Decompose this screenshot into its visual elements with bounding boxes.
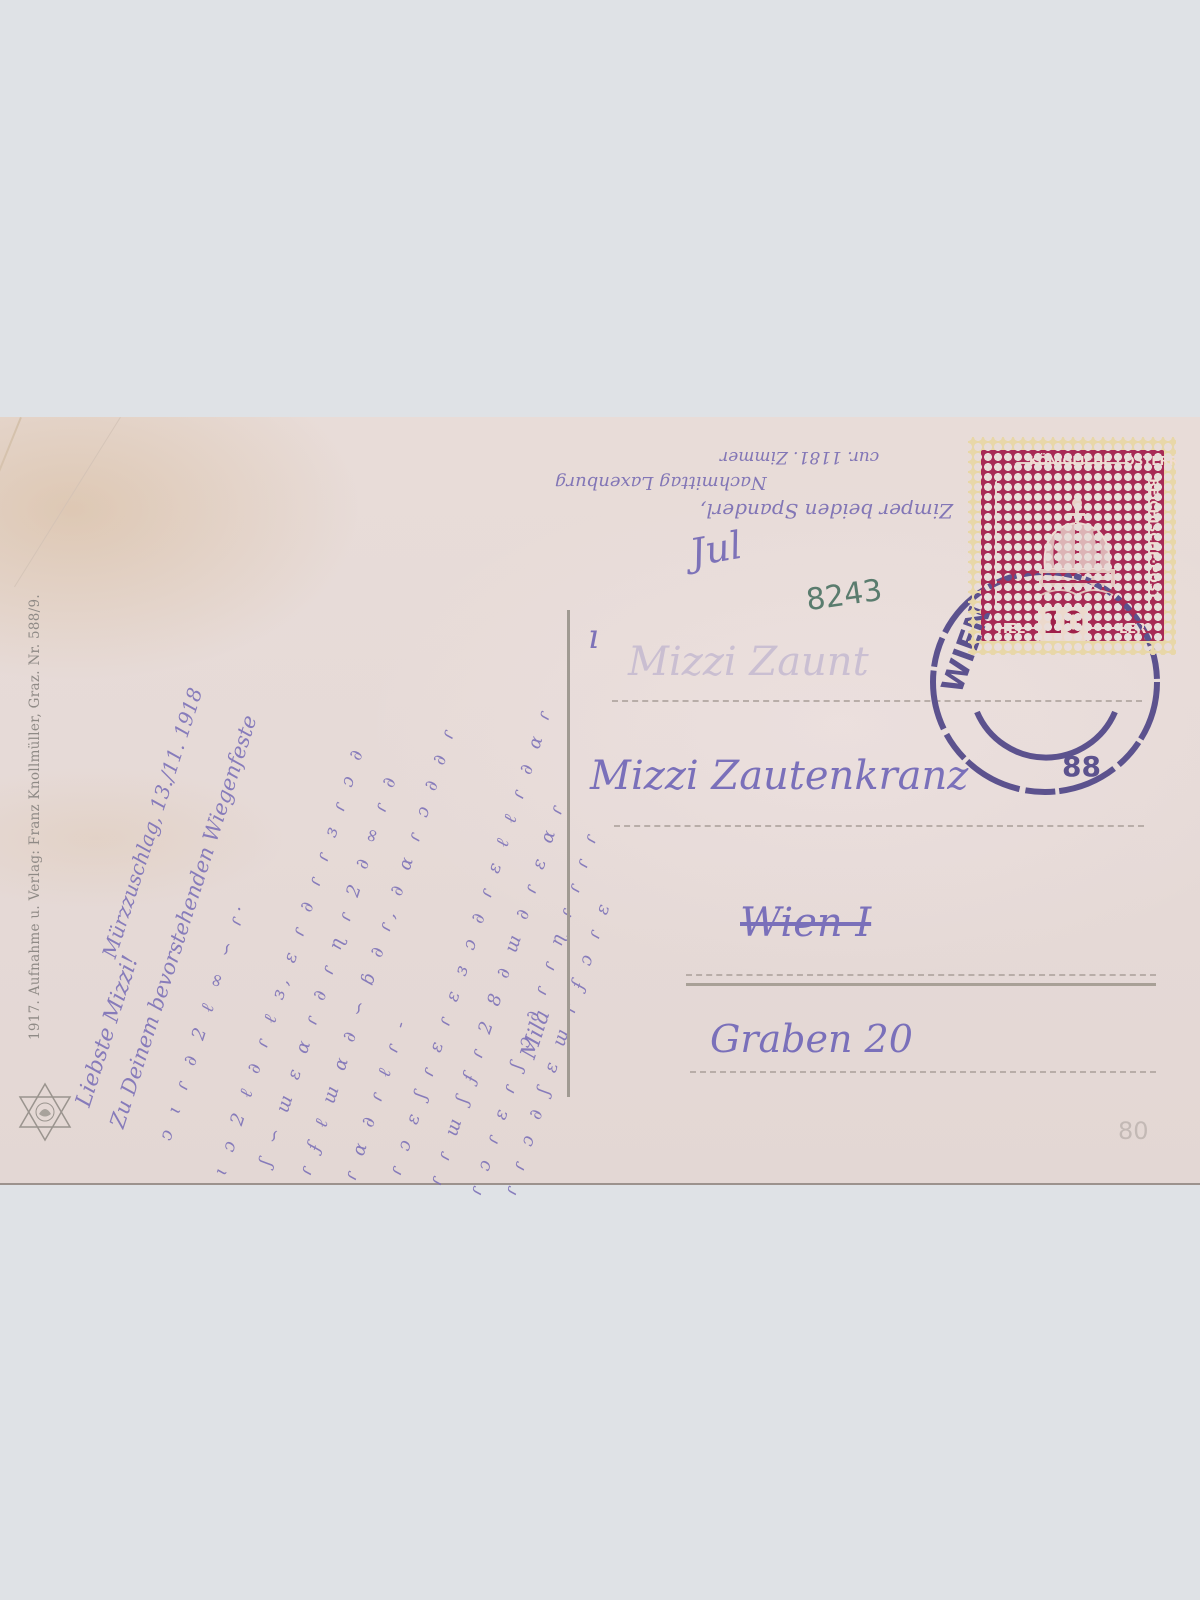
paper-crease (14, 417, 121, 587)
address-street: Graben 20 (710, 1017, 913, 1061)
pencil-mark: 80 (1118, 1117, 1149, 1145)
address-mark: ı (588, 617, 599, 657)
postcard: 1917. Aufnahme u. Verlag: Franz Knollmül… (0, 417, 1200, 1185)
message-address-divider (567, 610, 570, 1097)
address-line (614, 825, 1144, 827)
address-name: Mizzi Zautenkranz (590, 753, 968, 799)
upside-down-note-line: Zimper beiden Spanderl, (700, 499, 953, 523)
archive-number: 8243 (804, 573, 884, 618)
paper-crease (0, 417, 22, 659)
stamp-currency-left: HEL (997, 622, 1025, 637)
stamp-right-text: REICHISCHE·POST (1147, 478, 1161, 599)
upside-down-note-line: cur. 1181. Zimmer (720, 447, 879, 467)
stamp-value: 10 (1038, 607, 1088, 641)
postage-stamp: KAISERLICHE·KÖNIGLICHEKÖNIGLICHE · ÖSTER… (968, 437, 1176, 655)
postmark-office-number: 88 (1062, 750, 1101, 783)
address-underline (686, 983, 1156, 986)
star-of-david-lion-logo (14, 1081, 76, 1143)
address-city: Wien I (740, 900, 871, 946)
upside-down-note-line: Nachmittag Laxenburg (555, 472, 767, 493)
publisher-imprint: 1917. Aufnahme u. Verlag: Franz Knollmül… (27, 620, 43, 1040)
stamp-currency-right: LER (1119, 622, 1146, 637)
upside-down-note-signature: Jul (687, 523, 746, 575)
stamp-top-text: KAISERLICHE·KÖNIGLICHEKÖNIGLICHE · ÖSTER… (1029, 454, 1178, 468)
address-line (686, 974, 1156, 976)
address-line (690, 1071, 1156, 1073)
address-crossed-out-name: Mizzi Zaunt (628, 639, 869, 685)
imperial-crown-icon (1031, 495, 1123, 607)
